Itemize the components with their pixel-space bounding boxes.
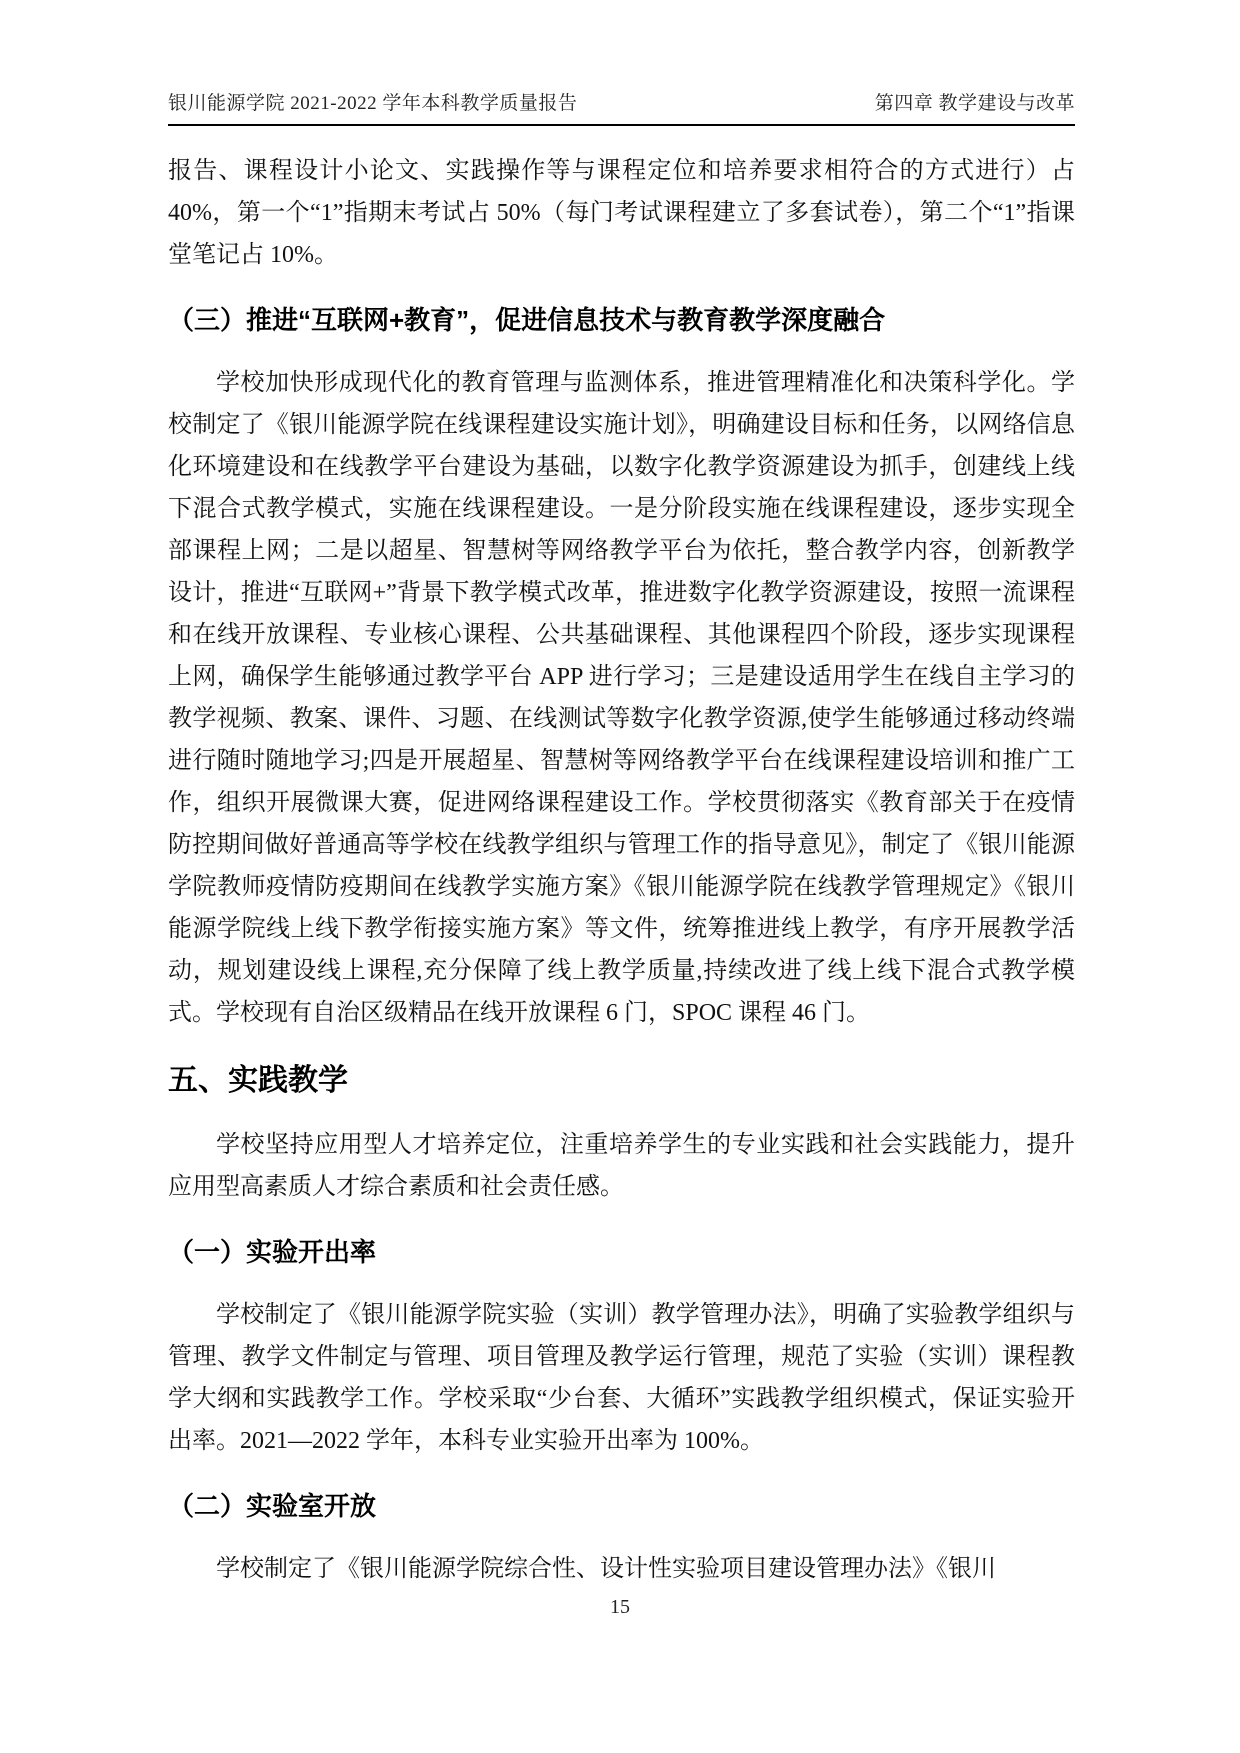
page-header: 银川能源学院 2021-2022 学年本科教学质量报告 第四章 教学建设与改革 [168, 88, 1075, 126]
document-page: 银川能源学院 2021-2022 学年本科教学质量报告 第四章 教学建设与改革 … [0, 0, 1240, 1753]
section-heading-experiment-rate: （一）实验开出率 [168, 1234, 1075, 1270]
paragraph-experiment-rate: 学校制定了《银川能源学院实验（实训）教学管理办法》，明确了实验教学组织与管理、教… [168, 1294, 1075, 1462]
header-report-title: 银川能源学院 2021-2022 学年本科教学质量报告 [168, 88, 577, 115]
chapter-heading-practical-teaching: 五、实践教学 [168, 1061, 1075, 1101]
paragraph-practical-teaching-intro: 学校坚持应用型人才培养定位，注重培养学生的专业实践和社会实践能力，提升应用型高素… [168, 1124, 1075, 1208]
page-number: 15 [0, 1596, 1240, 1619]
paragraph-online-course-construction: 学校加快形成现代化的教育管理与监测体系，推进管理精准化和决策科学化。学校制定了《… [168, 362, 1075, 1034]
section-heading-lab-opening: （二）实验室开放 [168, 1488, 1075, 1524]
page-content: 报告、课程设计小论文、实践操作等与课程定位和培养要求相符合的方式进行）占 40%… [168, 150, 1075, 1590]
paragraph-continuation-assessment: 报告、课程设计小论文、实践操作等与课程定位和培养要求相符合的方式进行）占 40%… [168, 150, 1075, 276]
section-heading-internet-education: （三）推进“互联网+教育”，促进信息技术与教育教学深度融合 [168, 302, 1075, 338]
header-chapter-title: 第四章 教学建设与改革 [875, 88, 1075, 115]
paragraph-lab-opening: 学校制定了《银川能源学院综合性、设计性实验项目建设管理办法》《银川 [168, 1548, 1075, 1590]
